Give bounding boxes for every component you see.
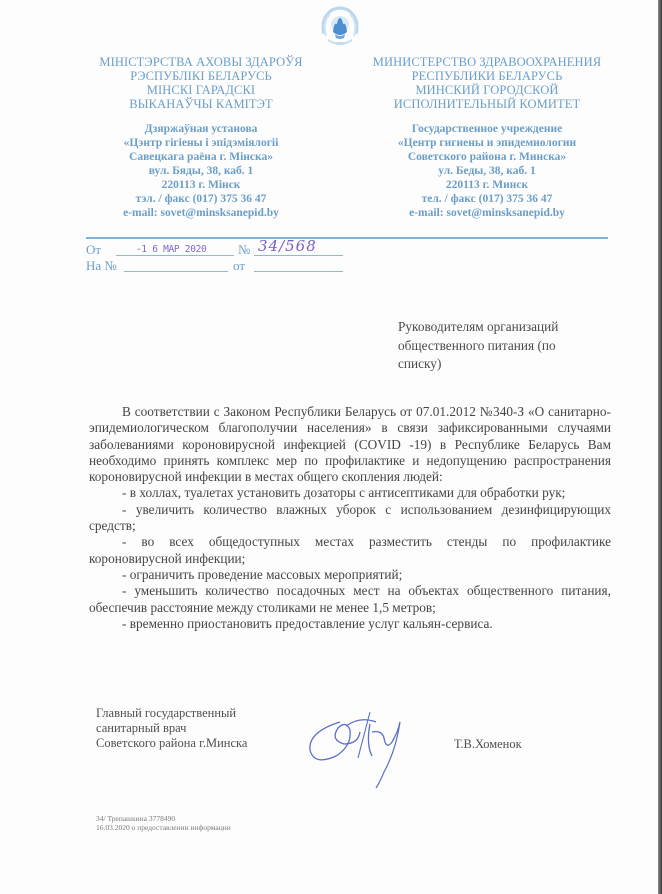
measure-item: - уменьшить количество посадочных мест н… <box>89 583 611 616</box>
date-stamp: -1 6 МАР 2020 <box>136 242 206 258</box>
measure-item: - временно приостановить предоставление … <box>89 616 611 632</box>
to-date-label: от <box>233 258 245 274</box>
scan-edge <box>658 0 662 894</box>
letterhead-russian: МИНИСТЕРСТВО ЗДРАВООХРАНЕНИЯ РЕСПУБЛИКИ … <box>356 55 618 220</box>
measure-item: - ограничить проведение массовых меропри… <box>89 567 611 583</box>
handwritten-number: 34/568 <box>258 238 317 254</box>
to-number-line <box>124 258 228 272</box>
measure-item: - увеличить количество влажных уборок с … <box>89 502 611 535</box>
letter-body: В соответствии с Законом Республики Бела… <box>89 404 611 632</box>
incoming-ref-row: На № от <box>86 258 386 274</box>
executor-note: 34/ Трепашкина 3778490 16.03.2020 о пред… <box>96 814 231 832</box>
letterhead-belarusian: МІНІСТЭРСТВА АХОВЫ ЗДАРОЎЯ РЭСПУБЛІКІ БЕ… <box>86 55 316 220</box>
email-ru: e-mail: sovet@minsksanepid.by <box>356 206 618 220</box>
signatory-title: Главный государственный санитарный врач … <box>96 706 247 751</box>
signatory-name: Т.В.Хоменок <box>454 737 522 752</box>
measure-item: - во всех общедоступных местах разместит… <box>89 534 611 567</box>
institution-details-by: Дзяржаўная установа «Цэнтр гігіены і эпі… <box>86 122 316 220</box>
outgoing-ref-row: От -1 6 МАР 2020 № 34/568 <box>86 242 386 258</box>
from-label: От <box>86 242 101 258</box>
reference-block: От -1 6 МАР 2020 № 34/568 На № от <box>86 242 386 274</box>
addressee: Руководителям организаций общественного … <box>398 318 628 374</box>
measure-item: - в холлах, туалетах установить дозаторы… <box>89 485 611 501</box>
to-number-label: На № <box>86 258 117 274</box>
institution-details-ru: Государственное учреждение «Центр гигиен… <box>356 122 618 220</box>
letterhead-separator <box>86 237 608 239</box>
number-label: № <box>238 242 250 258</box>
email-by: e-mail: sovet@minsksanepid.by <box>86 206 316 220</box>
body-intro: В соответствии с Законом Республики Бела… <box>89 404 611 485</box>
handwritten-signature-icon <box>300 710 430 790</box>
ministry-name-ru: МИНИСТЕРСТВО ЗДРАВООХРАНЕНИЯ РЕСПУБЛИКИ … <box>356 55 618 111</box>
to-date-line <box>254 258 343 272</box>
letter-page: МІНІСТЭРСТВА АХОВЫ ЗДАРОЎЯ РЭСПУБЛІКІ БЕ… <box>0 0 658 894</box>
belarus-coat-of-arms-icon <box>318 4 362 52</box>
ministry-name-by: МІНІСТЭРСТВА АХОВЫ ЗДАРОЎЯ РЭСПУБЛІКІ БЕ… <box>86 55 316 111</box>
